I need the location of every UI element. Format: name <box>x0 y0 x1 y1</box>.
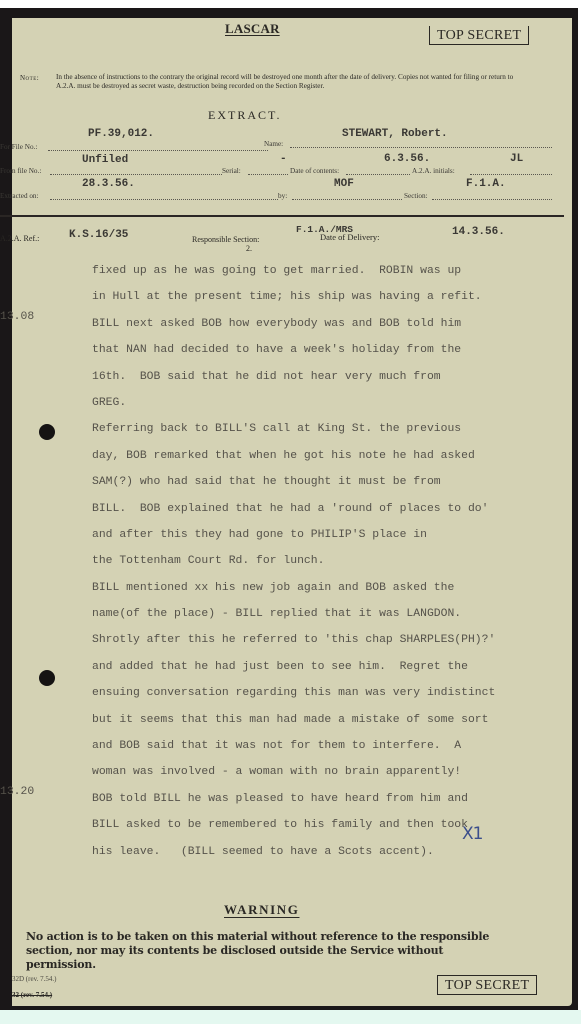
warning-text: No action is to be taken on this materia… <box>26 930 506 972</box>
responsible-section-sub: 2. <box>246 244 252 253</box>
by-value: MOF <box>334 178 354 190</box>
transcript-line: ensuing conversation regarding this man … <box>92 680 562 706</box>
form-revision-struck: 32 (rev. 7.54.) <box>12 991 52 999</box>
document-title: EXTRACT. <box>208 108 281 123</box>
transcript-line: and added that he had just been to see h… <box>92 654 562 680</box>
a2a-initials-value: JL <box>510 153 523 165</box>
transcript-line: 16th. BOB said that he did not hear very… <box>92 364 562 390</box>
section-label: Section: <box>404 192 428 200</box>
transcript-line: BILL. BOB explained that he had a 'round… <box>92 496 562 522</box>
transcript-line: day, BOB remarked that when he got his n… <box>92 443 562 469</box>
extracted-on-line <box>50 199 278 200</box>
codename-heading: LASCAR <box>225 21 280 37</box>
from-file-no-label: From file No.: <box>0 167 41 175</box>
classification-stamp-bottom: TOP SECRET <box>437 975 537 995</box>
scan-frame: LASCAR TOP SECRET Note: In the absence o… <box>0 8 578 1010</box>
from-file-no-value: Unfiled <box>82 154 128 166</box>
document-page: LASCAR TOP SECRET Note: In the absence o… <box>12 18 572 1006</box>
section-value: F.1.A. <box>466 178 506 190</box>
a2a-ref-value: K.S.16/35 <box>69 229 128 241</box>
a2a-initials-label: A.2.A. initials: <box>412 167 455 175</box>
transcript-line: name(of the place) - BILL replied that i… <box>92 601 562 627</box>
transcript-line: Shrotly after this he referred to 'this … <box>92 627 562 653</box>
transcript-line: the Tottenham Court Rd. for lunch. <box>92 548 562 574</box>
date-of-contents-label: Date of contents: <box>290 167 339 175</box>
name-label: Name: <box>264 140 283 148</box>
transcript-line: that NAN had decided to have a week's ho… <box>92 337 562 363</box>
margin-timestamp: 13.20 <box>0 786 34 798</box>
transcript-line: BOB told BILL he was pleased to have hea… <box>92 786 562 812</box>
transcript-line: but it seems that this man had made a mi… <box>92 707 562 733</box>
a2a-initials-line <box>470 174 552 175</box>
for-file-no-label: For File No.: <box>0 143 37 151</box>
transcript-line: his leave. (BILL seemed to have a Scots … <box>92 839 562 865</box>
section-line <box>432 199 552 200</box>
date-of-contents-value: 6.3.56. <box>384 153 430 165</box>
transcript-line: and BOB said that it was not for them to… <box>92 733 562 759</box>
from-file-no-line <box>50 174 222 175</box>
by-label: by: <box>278 192 287 200</box>
transcript-line: and after this they had gone to PHILIP'S… <box>92 522 562 548</box>
transcript-line: fixed up as he was going to get married.… <box>92 258 562 284</box>
name-value: STEWART, Robert. <box>342 128 448 140</box>
extracted-on-label: Extracted on: <box>0 192 39 200</box>
transcript-line: woman was involved - a woman with no bra… <box>92 759 562 785</box>
name-line <box>290 147 552 148</box>
note-label: Note: <box>20 74 39 82</box>
page-bottom-strip <box>0 1010 581 1024</box>
responsible-section-label: Responsible Section: <box>192 235 259 244</box>
extracted-on-value: 28.3.56. <box>82 178 135 190</box>
handwritten-mark: X1 <box>462 824 482 844</box>
punch-hole <box>39 670 55 686</box>
transcript-body: fixed up as he was going to get married.… <box>92 258 562 865</box>
form-revision: 32D (rev. 7.54.) <box>12 975 56 983</box>
header-divider <box>0 215 564 217</box>
transcript-line: BILL mentioned xx his new job again and … <box>92 575 562 601</box>
margin-timestamp: 13.08 <box>0 311 34 323</box>
date-of-delivery-value: 14.3.56. <box>452 226 505 238</box>
a2a-ref-label: A.2.A. Ref.: <box>0 234 39 243</box>
for-file-no-value: PF.39,012. <box>88 128 154 140</box>
transcript-line: in Hull at the present time; his ship wa… <box>92 284 562 310</box>
by-line <box>292 199 402 200</box>
classification-stamp-top: TOP SECRET <box>429 26 529 45</box>
transcript-line: BILL next asked BOB how everybody was an… <box>92 311 562 337</box>
transcript-line: Referring back to BILL'S call at King St… <box>92 416 562 442</box>
transcript-line: BILL asked to be remembered to his famil… <box>92 812 562 838</box>
warning-heading: WARNING <box>224 902 299 918</box>
serial-label: Serial: <box>222 167 241 175</box>
transcript-line: SAM(?) who had said that he thought it m… <box>92 469 562 495</box>
date-of-delivery-label: Date of Delivery: <box>320 232 379 242</box>
transcript-line: GREG. <box>92 390 562 416</box>
serial-value: - <box>280 153 287 165</box>
punch-hole <box>39 424 55 440</box>
serial-line <box>248 174 288 175</box>
date-of-contents-line <box>346 174 410 175</box>
note-text: In the absence of instructions to the co… <box>56 73 526 90</box>
for-file-no-line <box>48 150 268 151</box>
